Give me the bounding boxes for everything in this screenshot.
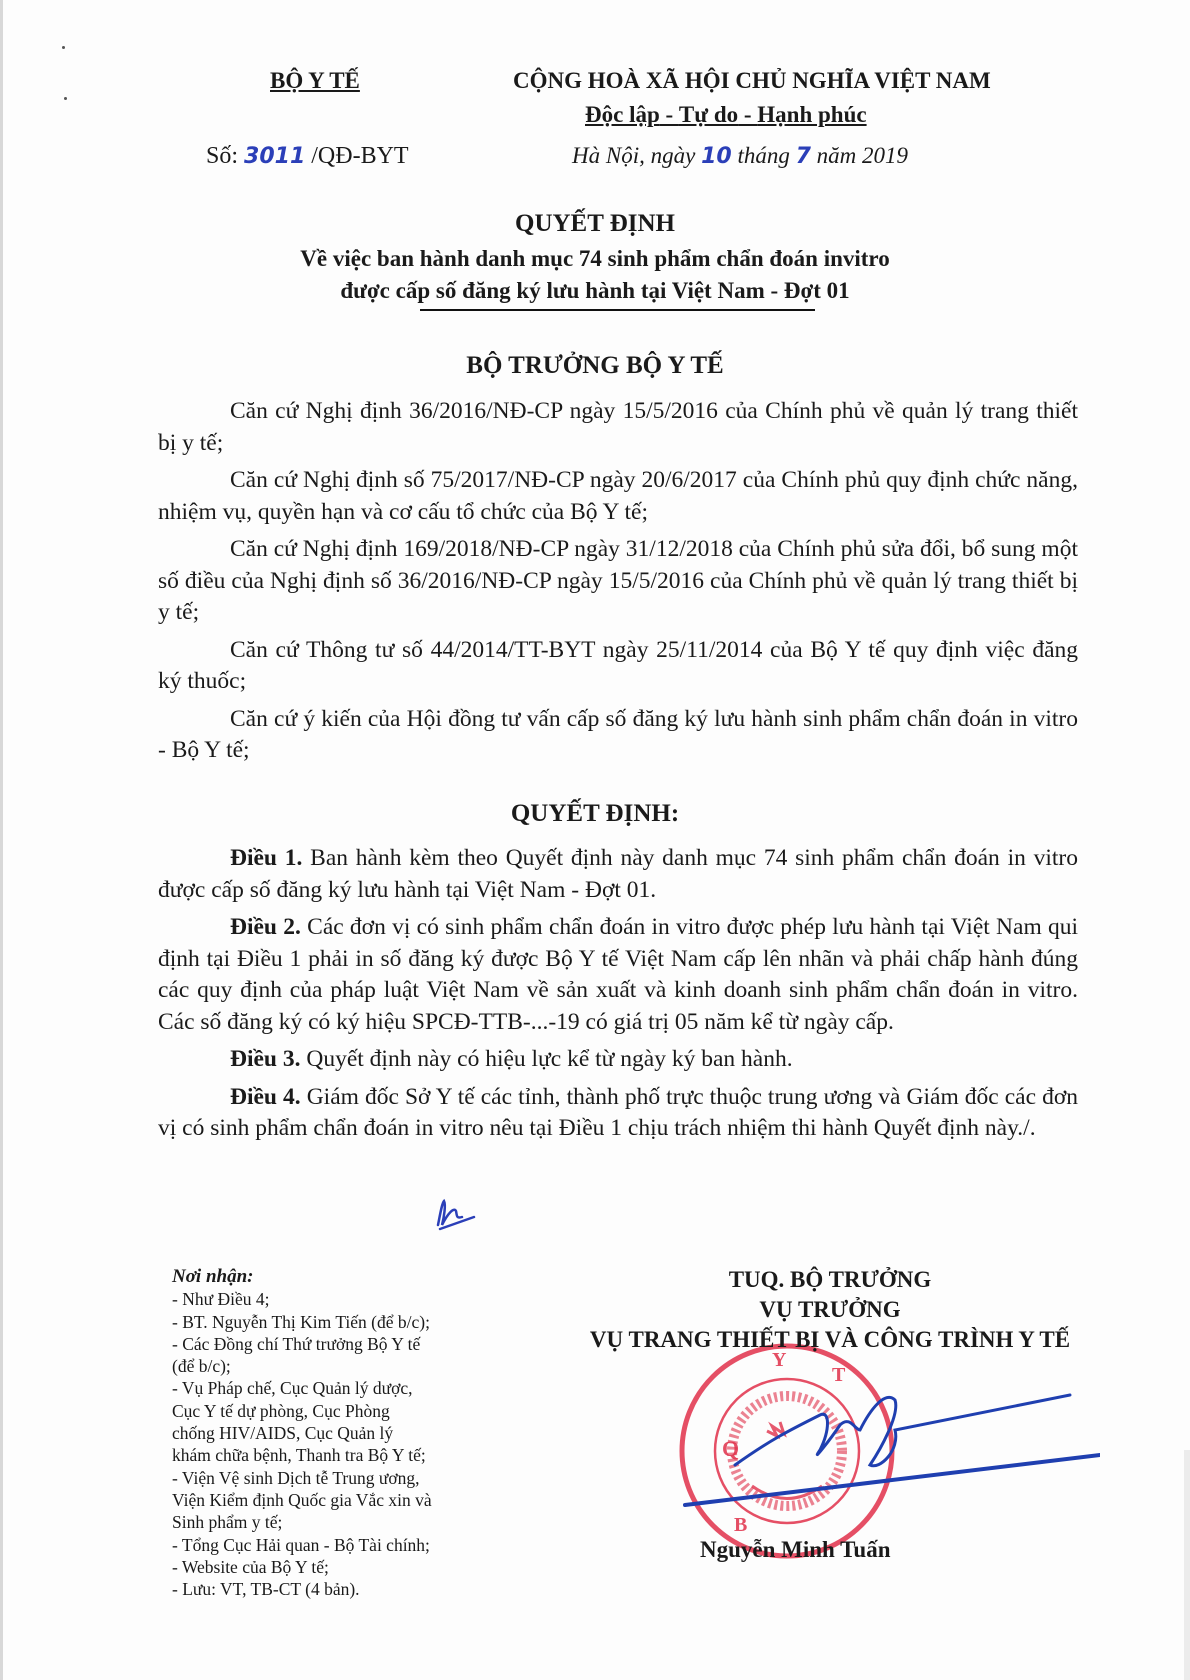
issuer-heading: BỘ TRƯỞNG BỘ Y TẾ — [0, 352, 1190, 380]
signer-name: Nguyễn Minh Tuấn — [700, 1537, 890, 1563]
recipient: - Website của Bộ Y tế; — [172, 1556, 492, 1578]
signature-title: TUQ. BỘ TRƯỞNG — [520, 1265, 1140, 1295]
legal-basis: Căn cứ Nghị định 169/2018/NĐ-CP ngày 31/… — [158, 534, 1078, 629]
motto-part: Tự do — [679, 102, 738, 127]
article-text: Quyết định này có hiệu lực kể từ ngày ký… — [301, 1046, 793, 1072]
signature-department: VỤ TRANG THIẾT BỊ VÀ CÔNG TRÌNH Y TẾ — [520, 1325, 1140, 1355]
doc-number-prefix: Số: — [206, 143, 244, 169]
recipient: Viện Kiểm định Quốc gia Vắc xin và — [172, 1489, 492, 1511]
scan-edge — [1184, 1450, 1190, 1680]
motto-sep: - — [738, 102, 757, 127]
recipients-list: Nơi nhận: - Như Điều 4; - BT. Nguyễn Thị… — [172, 1266, 492, 1600]
article-2: Điều 2. Các đơn vị có sinh phẩm chẩn đoá… — [158, 912, 1078, 1038]
article-label: Điều 3. — [230, 1046, 301, 1072]
recipient: khám chữa bệnh, Thanh tra Bộ Y tế; — [172, 1444, 492, 1466]
motto-part: Độc lập — [585, 102, 660, 127]
scan-speck — [62, 46, 65, 49]
date-day: 10 — [701, 144, 732, 169]
date-month: 7 — [796, 144, 811, 169]
recipient: - BT. Nguyễn Thị Kim Tiến (để b/c); — [172, 1311, 492, 1333]
date-place: Hà Nội, ngày — [572, 143, 701, 168]
articles: Điều 1. Ban hành kèm theo Quyết định này… — [158, 843, 1078, 1151]
recipient: Sinh phẩm y tế; — [172, 1511, 492, 1533]
national-motto: Độc lập - Tự do - Hạnh phúc — [585, 102, 867, 128]
recipient: (để b/c); — [172, 1355, 492, 1377]
motto-part: Hạnh phúc — [757, 102, 866, 127]
initial-signature-icon — [430, 1195, 480, 1235]
document-number: Số: 3011 /QĐ-BYT — [206, 143, 409, 170]
recipient: - Vụ Pháp chế, Cục Quản lý dược, — [172, 1377, 492, 1399]
recipient: - Các Đồng chí Thứ trưởng Bộ Y tế — [172, 1333, 492, 1355]
recipient: - Như Điều 4; — [172, 1288, 492, 1310]
motto-sep: - — [660, 102, 679, 127]
document-page: BỘ Y TẾ CỘNG HOÀ XÃ HỘI CHỦ NGHĨA VIỆT N… — [0, 0, 1190, 1680]
legal-basis: Căn cứ Thông tư số 44/2014/TT-BYT ngày 2… — [158, 635, 1078, 698]
legal-bases: Căn cứ Nghị định 36/2016/NĐ-CP ngày 15/5… — [158, 396, 1078, 773]
ministry-name: BỘ Y TẾ — [270, 68, 360, 94]
article-3: Điều 3. Quyết định này có hiệu lực kể từ… — [158, 1044, 1078, 1076]
signature-position: VỤ TRƯỞNG — [520, 1295, 1140, 1325]
article-label: Điều 2. — [230, 914, 301, 940]
recipients-heading: Nơi nhận: — [172, 1266, 492, 1288]
title-underline — [420, 309, 815, 311]
recipient: - Tổng Cục Hải quan - Bộ Tài chính; — [172, 1534, 492, 1556]
doc-number-handwritten: 3011 — [244, 144, 305, 169]
document-title: QUYẾT ĐỊNH — [0, 210, 1190, 238]
document-subtitle: Về việc ban hành danh mục 74 sinh phẩm c… — [0, 246, 1190, 272]
recipient: - Viện Vệ sinh Dịch tễ Trung ương, — [172, 1467, 492, 1489]
nation-title: CỘNG HOÀ XÃ HỘI CHỦ NGHĨA VIỆT NAM — [513, 68, 991, 94]
legal-basis: Căn cứ ý kiến của Hội đồng tư vấn cấp số… — [158, 704, 1078, 767]
date-month-label: tháng — [732, 143, 796, 168]
scan-speck — [64, 97, 67, 100]
doc-number-suffix: /QĐ-BYT — [305, 143, 408, 169]
article-label: Điều 1. — [230, 845, 302, 871]
article-label: Điều 4. — [230, 1084, 301, 1110]
recipient: - Lưu: VT, TB-CT (4 bản). — [172, 1578, 492, 1600]
recipient: chống HIV/AIDS, Cục Quản lý — [172, 1422, 492, 1444]
date-line: Hà Nội, ngày 10 tháng 7 năm 2019 — [572, 143, 908, 169]
legal-basis: Căn cứ Nghị định số 75/2017/NĐ-CP ngày 2… — [158, 465, 1078, 528]
recipient: Cục Y tế dự phòng, Cục Phòng — [172, 1400, 492, 1422]
handwritten-signature-icon — [680, 1370, 1100, 1540]
legal-basis: Căn cứ Nghị định 36/2016/NĐ-CP ngày 15/5… — [158, 396, 1078, 459]
article-4: Điều 4. Giám đốc Sở Y tế các tỉnh, thành… — [158, 1082, 1078, 1145]
article-1: Điều 1. Ban hành kèm theo Quyết định này… — [158, 843, 1078, 906]
date-year: năm 2019 — [811, 143, 908, 168]
document-subtitle: được cấp số đăng ký lưu hành tại Việt Na… — [0, 278, 1190, 304]
decision-heading: QUYẾT ĐỊNH: — [0, 800, 1190, 828]
signature-block: TUQ. BỘ TRƯỞNG VỤ TRƯỞNG VỤ TRANG THIẾT … — [520, 1265, 1140, 1355]
